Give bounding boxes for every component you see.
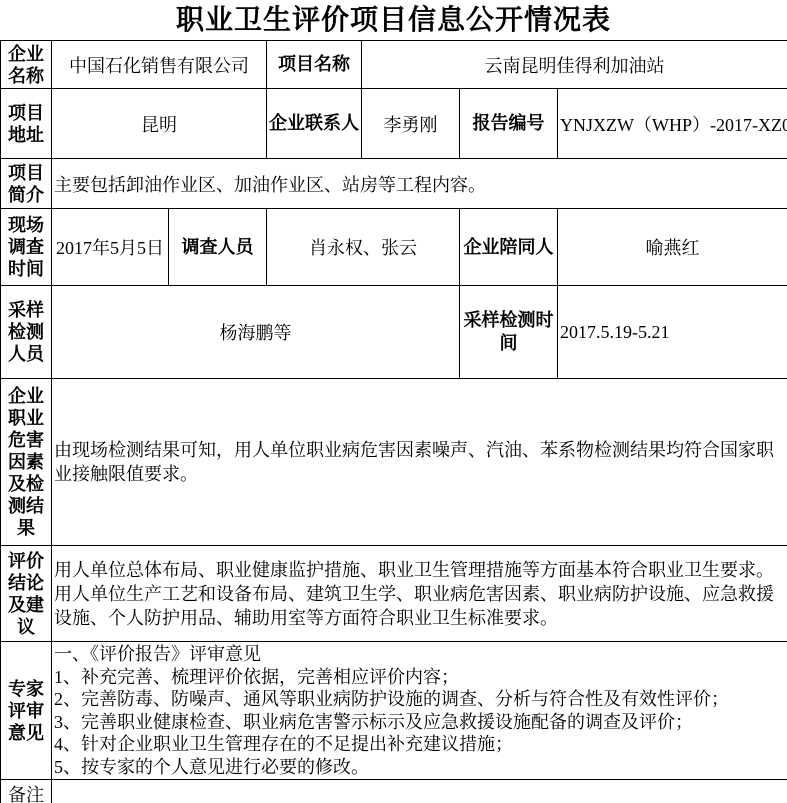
- hazard-results-label: 企业职业危害因素及检测结果: [1, 379, 52, 546]
- company-name-value: 中国石化销售有限公司: [52, 41, 267, 89]
- page-title: 职业卫生评价项目信息公开情况表: [0, 0, 787, 40]
- info-table: 企业名称 中国石化销售有限公司 项目名称 云南昆明佳得利加油站 项目地址 昆明 …: [0, 40, 787, 803]
- investigators-label: 调查人员: [169, 209, 267, 286]
- expert-review-line-6: 5、按专家的个人意见进行必要的修改。: [54, 756, 785, 779]
- sampling-personnel-label: 采样检测人员: [1, 286, 52, 379]
- project-name-value: 云南昆明佳得利加油站: [362, 41, 787, 89]
- row-site-survey: 现场调查时间 2017年5月5日 调查人员 肖永权、张云 企业陪同人 喻燕红: [1, 209, 787, 286]
- expert-review-line-4: 3、完善职业健康检查、职业病危害警示标示及应急救援设施配备的调查及评价；: [54, 711, 785, 734]
- expert-review-line-3: 2、完善防毒、防噪声、通风等职业病防护设施的调查、分析与符合性及有效性评价；: [54, 688, 785, 711]
- report-number-value: YNJXZW（WHP）-2017-XZ0107: [558, 89, 787, 159]
- expert-review-line-5: 4、针对企业职业卫生管理存在的不足提出补充建议措施；: [54, 733, 785, 756]
- project-address-label: 项目地址: [1, 89, 52, 159]
- sampling-time-label: 采样检测时间: [460, 286, 558, 379]
- escort-value: 喻燕红: [558, 209, 787, 286]
- row-address: 项目地址 昆明 企业联系人 李勇刚 报告编号 YNJXZW（WHP）-2017-…: [1, 89, 787, 159]
- row-sampling: 采样检测人员 杨海鹏等 采样检测时间 2017.5.19-5.21: [1, 286, 787, 379]
- remarks-value: [52, 780, 787, 803]
- conclusion-paragraph-2: 用人单位生产工艺和设备布局、建筑卫生学、职业病危害因素、职业病防护设施、应急救援…: [54, 582, 785, 630]
- row-remarks: 备注: [1, 780, 787, 803]
- company-contact-value: 李勇刚: [362, 89, 460, 159]
- project-address-value: 昆明: [52, 89, 267, 159]
- row-hazard-results: 企业职业危害因素及检测结果 由现场检测结果可知，用人单位职业病危害因素噪声、汽油…: [1, 379, 787, 546]
- expert-review-line-1: 一、《评价报告》评审意见: [54, 643, 785, 666]
- remarks-label: 备注: [1, 780, 52, 803]
- company-contact-label: 企业联系人: [267, 89, 362, 159]
- report-number-label: 报告编号: [460, 89, 558, 159]
- escort-label: 企业陪同人: [460, 209, 558, 286]
- survey-date-value: 2017年5月5日: [52, 209, 169, 286]
- row-company: 企业名称 中国石化销售有限公司 项目名称 云南昆明佳得利加油站: [1, 41, 787, 89]
- row-expert-review: 专家评审意见 一、《评价报告》评审意见 1、补充完善、梳理评价依据，完善相应评价…: [1, 642, 787, 780]
- project-intro-label: 项目简介: [1, 159, 52, 209]
- hazard-results-value: 由现场检测结果可知，用人单位职业病危害因素噪声、汽油、苯系物检测结果均符合国家职…: [52, 379, 787, 546]
- project-name-label: 项目名称: [267, 41, 362, 89]
- conclusion-value: 用人单位总体布局、职业健康监护措施、职业卫生管理措施等方面基本符合职业卫生要求。…: [52, 546, 787, 642]
- investigators-value: 肖永权、张云: [267, 209, 460, 286]
- sampling-time-value: 2017.5.19-5.21: [558, 286, 787, 379]
- company-name-label: 企业名称: [1, 41, 52, 89]
- conclusion-paragraph-1: 用人单位总体布局、职业健康监护措施、职业卫生管理措施等方面基本符合职业卫生要求。: [54, 558, 785, 582]
- expert-review-line-2: 1、补充完善、梳理评价依据，完善相应评价内容；: [54, 666, 785, 689]
- row-conclusion: 评价结论及建议 用人单位总体布局、职业健康监护措施、职业卫生管理措施等方面基本符…: [1, 546, 787, 642]
- conclusion-label: 评价结论及建议: [1, 546, 52, 642]
- project-intro-value: 主要包括卸油作业区、加油作业区、站房等工程内容。: [52, 159, 787, 209]
- row-project-intro: 项目简介 主要包括卸油作业区、加油作业区、站房等工程内容。: [1, 159, 787, 209]
- sampling-personnel-value: 杨海鹏等: [52, 286, 460, 379]
- expert-review-value: 一、《评价报告》评审意见 1、补充完善、梳理评价依据，完善相应评价内容； 2、完…: [52, 642, 787, 780]
- survey-time-label: 现场调查时间: [1, 209, 52, 286]
- expert-review-label: 专家评审意见: [1, 642, 52, 780]
